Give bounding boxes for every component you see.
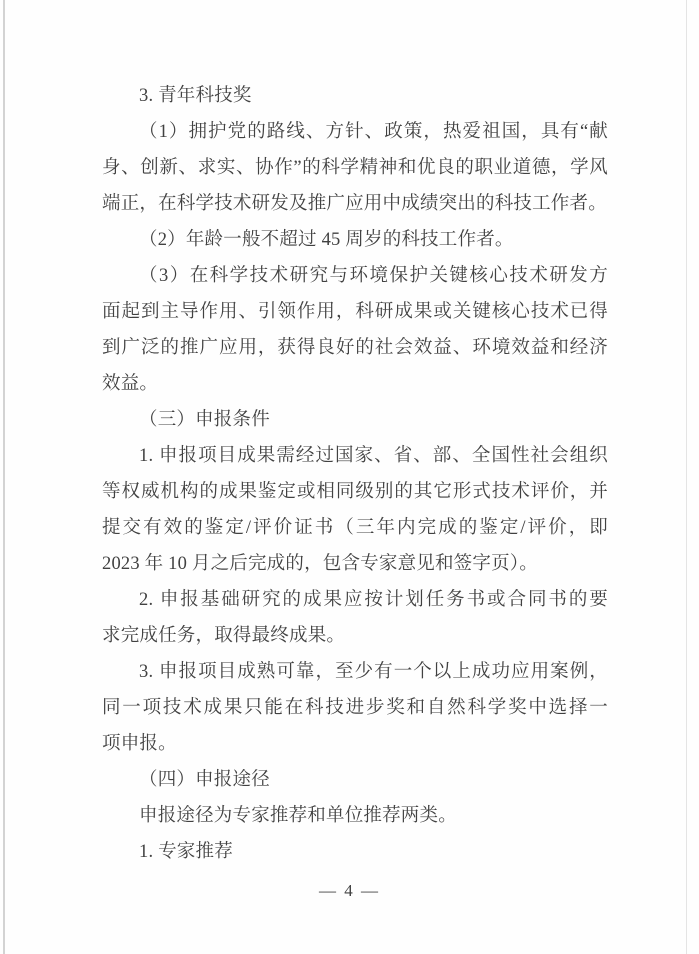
text-line: 求完成任务，取得最终成果。	[102, 618, 608, 654]
text-line: 等权威机构的成果鉴定或相同级别的其它形式技术评价，并	[102, 474, 608, 510]
text-line: 1. 申报项目成果需经过国家、省、部、全国性社会组织	[102, 438, 608, 474]
heading: （三）申报条件	[102, 402, 608, 438]
text-line: 身、创新、求实、协作”的科学精神和优良的职业道德，学风	[102, 150, 608, 186]
text-line: 3. 青年科技奖	[102, 78, 608, 114]
text-line: 同一项技术成果只能在科技进步奖和自然科学奖中选择一	[102, 690, 608, 726]
text-line: 提交有效的鉴定/评价证书（三年内完成的鉴定/评价，即	[102, 510, 608, 546]
text-line: 1. 专家推荐	[102, 834, 608, 870]
text-line: 项申报。	[102, 726, 608, 762]
text-line: （四）申报途径	[102, 762, 608, 798]
text-line: 2023 年 10 月之后完成的，包含专家意见和签字页）。	[102, 546, 608, 582]
text-line: 申报途径为专家推荐和单位推荐两类。	[102, 798, 608, 834]
scan-edge-left	[3, 0, 5, 954]
heading: 1. 专家推荐	[102, 834, 608, 870]
heading: （四）申报途径	[102, 762, 608, 798]
text-line: 到广泛的推广应用，获得良好的社会效益、环境效益和经济	[102, 330, 608, 366]
paragraph: 3. 申报项目成熟可靠，至少有一个以上成功应用案例，同一项技术成果只能在科技进步…	[102, 654, 608, 762]
scan-edge-right	[686, 0, 687, 954]
text-line: 端正，在科学技术研发及推广应用中成绩突出的科技工作者。	[102, 186, 608, 222]
document-body: 3. 青年科技奖（1）拥护党的路线、方针、政策，热爱祖国，具有“献身、创新、求实…	[102, 78, 608, 870]
text-line: 2. 申报基础研究的成果应按计划任务书或合同书的要	[102, 582, 608, 618]
paragraph: 1. 申报项目成果需经过国家、省、部、全国性社会组织等权威机构的成果鉴定或相同级…	[102, 438, 608, 582]
text-line: （2）年龄一般不超过 45 周岁的科技工作者。	[102, 222, 608, 258]
paragraph: 2. 申报基础研究的成果应按计划任务书或合同书的要求完成任务，取得最终成果。	[102, 582, 608, 654]
paragraph: （2）年龄一般不超过 45 周岁的科技工作者。	[102, 222, 608, 258]
document-page: 3. 青年科技奖（1）拥护党的路线、方针、政策，热爱祖国，具有“献身、创新、求实…	[0, 0, 699, 954]
page-number: — 4 —	[0, 881, 699, 901]
text-line: （3）在科学技术研究与环境保护关键核心技术研发方	[102, 258, 608, 294]
text-line: （三）申报条件	[102, 402, 608, 438]
text-line: 面起到主导作用、引领作用，科研成果或关键核心技术已得	[102, 294, 608, 330]
paragraph: 申报途径为专家推荐和单位推荐两类。	[102, 798, 608, 834]
heading: 3. 青年科技奖	[102, 78, 608, 114]
text-line: 3. 申报项目成熟可靠，至少有一个以上成功应用案例，	[102, 654, 608, 690]
paragraph: （1）拥护党的路线、方针、政策，热爱祖国，具有“献身、创新、求实、协作”的科学精…	[102, 114, 608, 222]
text-line: （1）拥护党的路线、方针、政策，热爱祖国，具有“献	[102, 114, 608, 150]
paragraph: （3）在科学技术研究与环境保护关键核心技术研发方面起到主导作用、引领作用，科研成…	[102, 258, 608, 402]
text-line: 效益。	[102, 366, 608, 402]
